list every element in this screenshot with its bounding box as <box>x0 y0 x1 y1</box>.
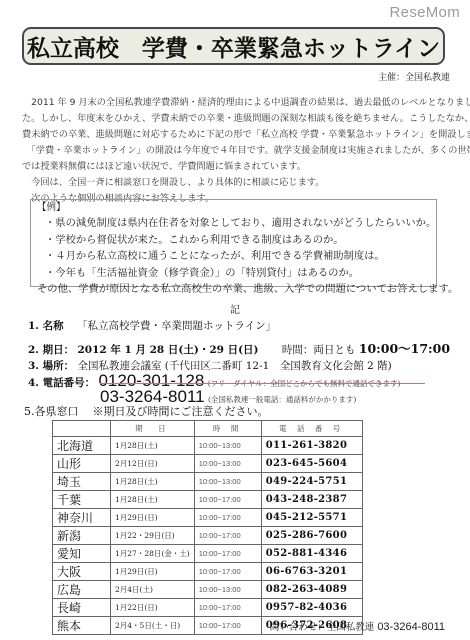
intro-line: た。しかし、年度末をひかえ、学費未納での卒業・進級問題の深刻な相談も後を絶ちませ… <box>22 111 452 127</box>
name-value: 「私立高校学費・卒業問題ホットライン」 <box>77 320 276 332</box>
pref-cell: 山形 <box>53 455 111 473</box>
tel-cell: 043-248-2387 <box>261 491 362 509</box>
date-cell: 1月28日(土) <box>111 491 195 509</box>
resemom-watermark: ReseMom <box>390 4 460 21</box>
windows-note: ※期日及び時間にご注意ください。 <box>93 405 269 418</box>
time-cell: 10:00~17:00 <box>194 545 261 563</box>
table-row: 大阪 1月29日(日) 10:00~17:00 06-6763-3201 <box>53 563 363 581</box>
time-cell: 10:00~17:00 <box>194 617 261 635</box>
tel-cell: 082-263-4089 <box>261 581 362 599</box>
title-banner: 私立高校 学費・卒業緊急ホットライン <box>22 27 445 65</box>
ki-heading: 記 <box>0 301 470 316</box>
pref-cell: 埼玉 <box>53 473 111 491</box>
intro-text: 2011 年 9 月末の全国私教連学費滞納・経済的理由による中退調査の結果は、過… <box>22 95 452 207</box>
pref-cell: 大阪 <box>53 563 111 581</box>
time-cell: 10:00~13:00 <box>194 473 261 491</box>
examples-closing: その他、学費が原因となる私立高校生の卒業、進級、入学での問題についてお答えします… <box>37 281 430 298</box>
tel-cell: 052-881-4346 <box>261 545 362 563</box>
example-item: ・４月から私立高校に通うことになったが、利用できる学費補助制度は。 <box>37 248 430 265</box>
time-cell: 10:00~13:00 <box>194 581 261 599</box>
header-tel: 電 話 番 号 <box>261 421 362 437</box>
date-cell: 1月22日(日) <box>111 599 195 617</box>
tel-cell: 049-224-5751 <box>261 473 362 491</box>
pref-cell: 神奈川 <box>53 509 111 527</box>
windows-table: 期 日 時 間 電 話 番 号 北海道 1月28日(土) 10:00~13:00… <box>52 420 363 635</box>
tel-cell: 06-6763-3201 <box>261 563 362 581</box>
time-cell: 10:00~17:00 <box>194 599 261 617</box>
detail-name: 1. 名称 「私立高校学費・卒業問題ホットライン」 <box>28 318 276 333</box>
phone-label: 4. 電話番号： <box>28 377 95 389</box>
contact-number: 03-3264-8011 <box>377 621 445 633</box>
table-row: 北海道 1月28日(土) 10:00~13:00 011-261-3820 <box>53 437 363 455</box>
table-row: 愛知 1月27・28日(金・土) 10:00~17:00 052-881-434… <box>53 545 363 563</box>
sponsor-label: 主催：全国私教連 <box>378 70 450 83</box>
date-cell: 2月12日(日) <box>111 455 195 473</box>
intro-line: 今回は、全国一斉に相談窓口を開設し、より具体的に相談に応じます。 <box>22 175 452 191</box>
page-title: 私立高校 学費・卒業緊急ホットライン <box>27 30 440 63</box>
date-cell: 1月28日(土) <box>111 437 195 455</box>
tel-cell: 011-261-3820 <box>261 437 362 455</box>
intro-line: 「学費・卒業ホットライン」の開設は今年度で４年目です。就学支援金制度は実施されま… <box>22 143 452 159</box>
date-cell: 1月29日(日) <box>111 509 195 527</box>
date-cell: 1月28日(土) <box>111 473 195 491</box>
table-row: 新潟 1月22・29日(日) 10:00~17:00 025-286-7600 <box>53 527 363 545</box>
time-cell: 10:00~17:00 <box>194 527 261 545</box>
table-row: 山形 2月12日(日) 10:00~13:00 023-645-5604 <box>53 455 363 473</box>
date-cell: 1月27・28日(金・土) <box>111 545 195 563</box>
time-cell: 10:00~17:00 <box>194 563 261 581</box>
example-item: ・学校から督促状が来た。これから利用できる制度はあるのか。 <box>37 232 430 249</box>
pref-cell: 新潟 <box>53 527 111 545</box>
pref-cell: 愛知 <box>53 545 111 563</box>
table-row: 神奈川 1月29日(日) 10:00~17:00 045-212-5571 <box>53 509 363 527</box>
header-pref <box>53 421 111 437</box>
pref-cell: 長崎 <box>53 599 111 617</box>
name-label: 1. 名称 <box>28 320 64 332</box>
intro-line: では授業料無償にはほど遠い状況で、学費問題に悩まされています。 <box>22 159 452 175</box>
pref-cell: 広島 <box>53 581 111 599</box>
pref-cell: 北海道 <box>53 437 111 455</box>
intro-line: 費未納での卒業、進級問題に対応するために下記の形で「私立高校 学費・卒業緊急ホッ… <box>22 127 452 143</box>
time-value: 10:00～17:00 <box>359 341 450 356</box>
header-time: 時 間 <box>194 421 261 437</box>
contact-label: 問い合わせ：全国私教連 <box>270 622 375 633</box>
time-cell: 10:00~13:00 <box>194 455 261 473</box>
windows-label: 5.各県窓口 <box>24 405 79 418</box>
time-cell: 10:00~13:00 <box>194 437 261 455</box>
pref-cell: 千葉 <box>53 491 111 509</box>
time-label: 時間：両日とも <box>282 344 356 356</box>
time-cell: 10:00~17:00 <box>194 491 261 509</box>
intro-line: 2011 年 9 月末の全国私教連学費滞納・経済的理由による中退調査の結果は、過… <box>22 95 452 111</box>
detail-date: 2. 期日： 2012 年 1 月 28 日(土)・29 日(日) 時間：両日と… <box>28 339 450 357</box>
table-header-row: 期 日 時 間 電 話 番 号 <box>53 421 363 437</box>
date-cell: 1月22・29日(日) <box>111 527 195 545</box>
table-row: 長崎 1月22日(日) 10:00~17:00 0957-82-4036 <box>53 599 363 617</box>
tel-cell: 023-645-5604 <box>261 455 362 473</box>
examples-heading: 【例】 <box>37 201 430 215</box>
pref-cell: 熊本 <box>53 617 111 635</box>
date-cell: 2月4日(土) <box>111 581 195 599</box>
date-value: 2012 年 1 月 28 日(土)・29 日(日) <box>77 344 258 356</box>
tel-cell: 0957-82-4036 <box>261 599 362 617</box>
example-item: ・県の減免制度は県内在住者を対象としており、適用されないがどうしたらいいか。 <box>37 215 430 232</box>
header-date: 期 日 <box>111 421 195 437</box>
phone-underline <box>100 383 425 384</box>
date-cell: 2月4・5日(土・日) <box>111 617 195 635</box>
date-cell: 1月29日(日) <box>111 563 195 581</box>
examples-box: 【例】 ・県の減免制度は県内在住者を対象としており、適用されないがどうしたらいい… <box>30 199 437 287</box>
date-label: 2. 期日： <box>28 344 74 356</box>
table-row: 千葉 1月28日(土) 10:00~17:00 043-248-2387 <box>53 491 363 509</box>
time-cell: 10:00~17:00 <box>194 509 261 527</box>
detail-windows: 5.各県窓口 ※期日及び時間にご注意ください。 <box>24 403 269 419</box>
table-row: 埼玉 1月28日(土) 10:00~13:00 049-224-5751 <box>53 473 363 491</box>
tel-cell: 045-212-5571 <box>261 509 362 527</box>
table-row: 広島 2月4日(土) 10:00~13:00 082-263-4089 <box>53 581 363 599</box>
example-item: ・今年も「生活福祉資金（修学資金）」の「特別貸付」はあるのか。 <box>37 265 430 282</box>
contact-line: 問い合わせ：全国私教連 03-3264-8011 <box>270 619 445 633</box>
tel-cell: 025-286-7600 <box>261 527 362 545</box>
